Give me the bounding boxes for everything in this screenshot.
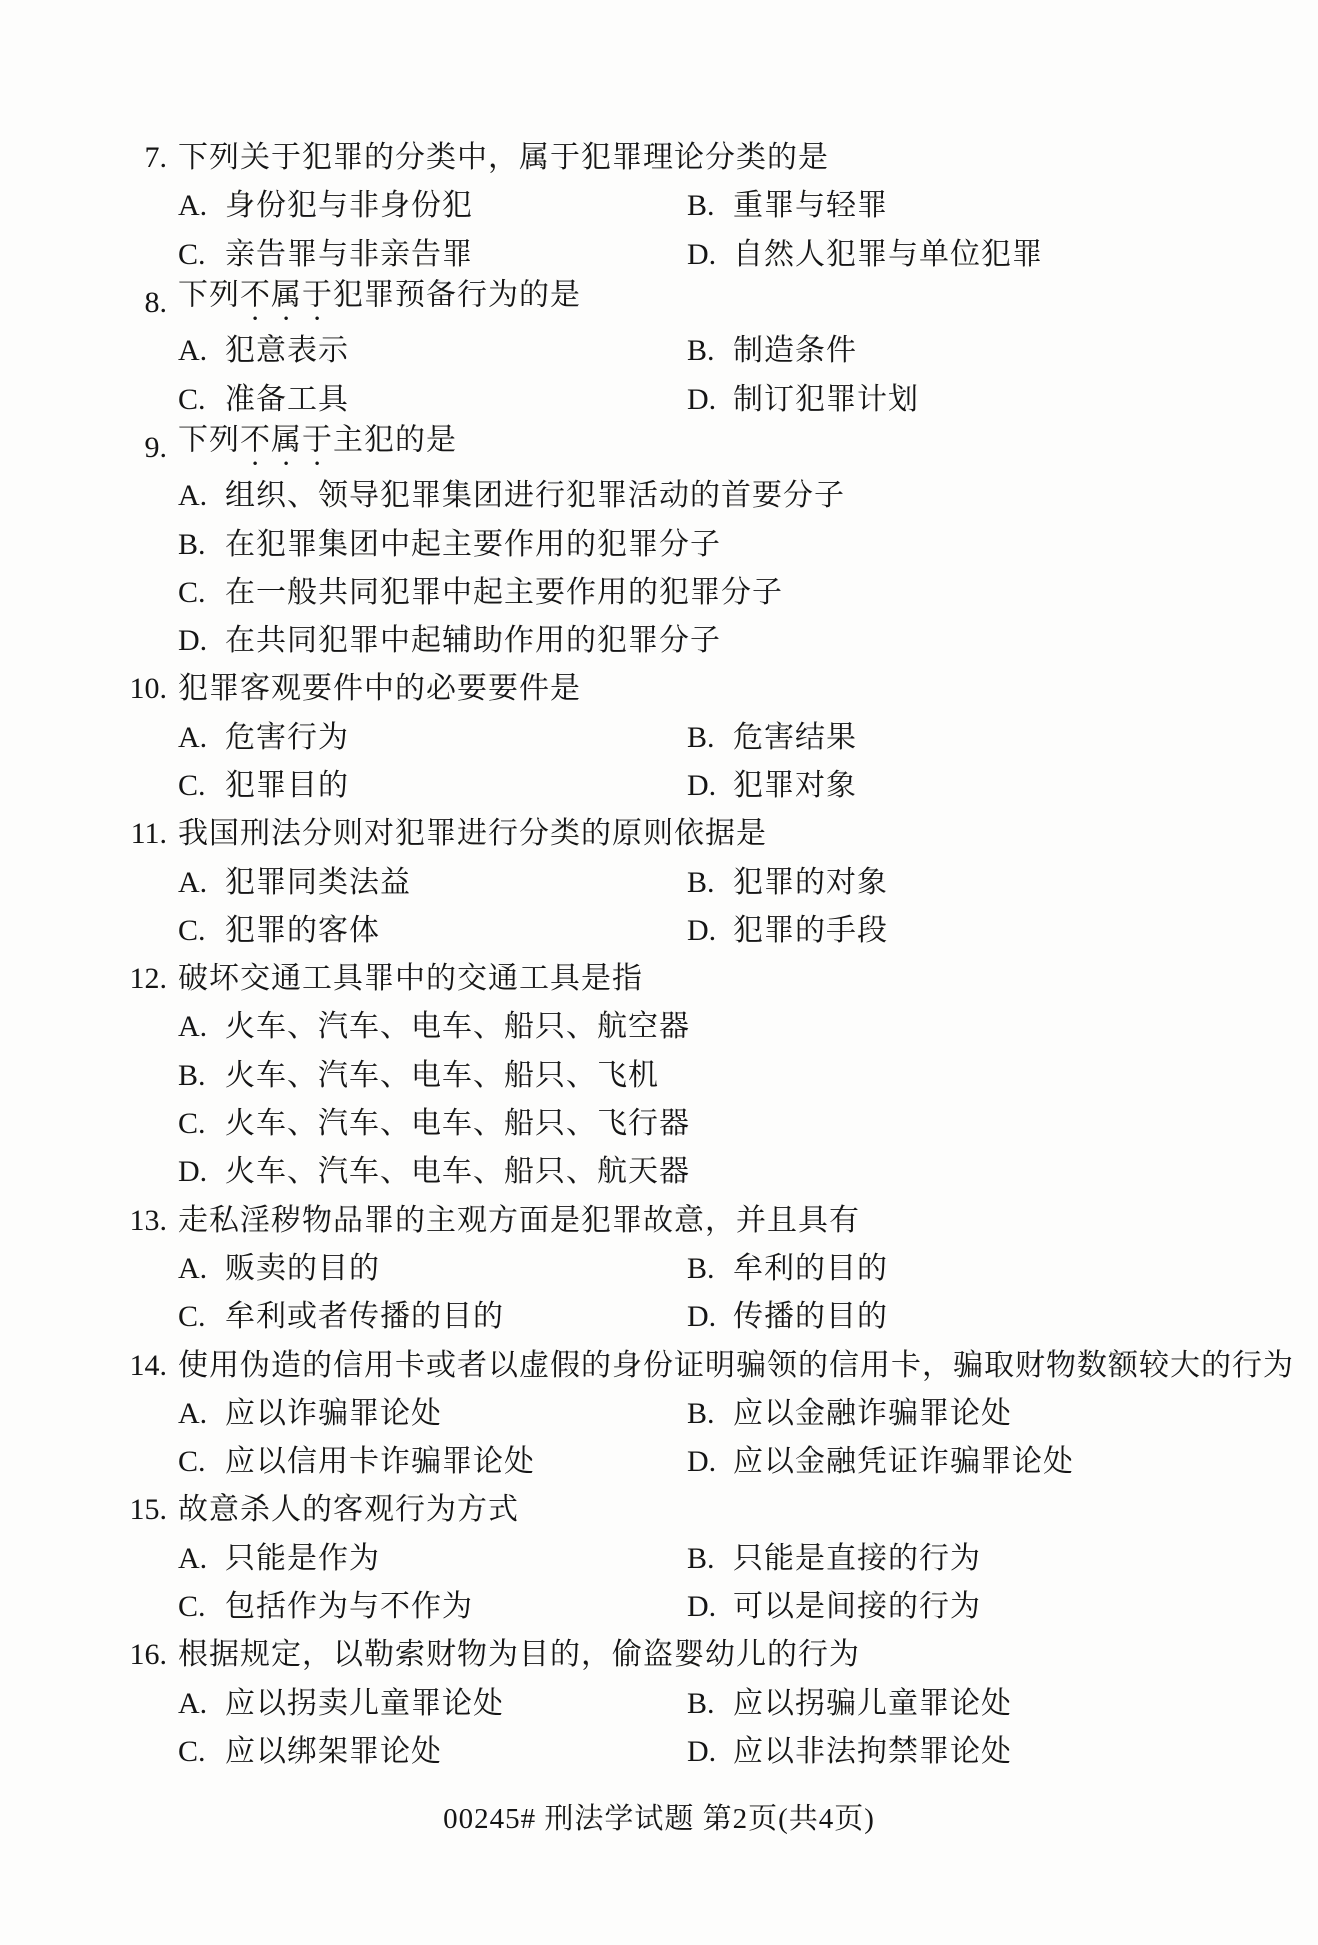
option-text-c: 在一般共同犯罪中起主要作用的犯罪分子: [225, 578, 783, 608]
option-text-d: 制订犯罪计划: [733, 385, 919, 415]
question-stem: 下列关于犯罪的分类中，属于犯罪理论分类的是: [178, 143, 829, 173]
options-row-cd: C. 犯罪目的 D. 犯罪对象: [0, 762, 1318, 810]
question-number: 12.: [97, 964, 167, 994]
question-stem: 下列不属于犯罪预备行为的是: [178, 279, 581, 328]
options-row-ab: A. 应以诈骗罪论处 B. 应以金融诈骗罪论处: [0, 1390, 1318, 1438]
option-text-d: 自然人犯罪与单位犯罪: [733, 240, 1043, 270]
option-text-a: 组织、领导犯罪集团进行犯罪活动的首要分子: [225, 481, 845, 511]
option-text-b: 犯罪的对象: [733, 868, 888, 898]
question-stem-row: 8. 下列不属于犯罪预备行为的是: [0, 279, 1318, 327]
question-number: 11.: [97, 819, 167, 849]
option-label-b: B.: [687, 1689, 715, 1719]
option-text-d: 犯罪的手段: [733, 916, 888, 946]
options-row-ab: A. 应以拐卖儿童罪论处 B. 应以拐骗儿童罪论处: [0, 1680, 1318, 1728]
option-label-c: C.: [178, 916, 206, 946]
option-text-c: 亲告罪与非亲告罪: [225, 240, 473, 270]
option-text-c: 应以绑架罪论处: [225, 1737, 442, 1767]
option-text-c: 牟利或者传播的目的: [225, 1302, 504, 1332]
option-text-a: 贩卖的目的: [225, 1254, 380, 1284]
option-label-b: B.: [687, 1399, 715, 1429]
question-number: 9.: [97, 433, 167, 463]
question-number: 13.: [97, 1206, 167, 1236]
option-text-b: 在犯罪集团中起主要作用的犯罪分子: [225, 530, 721, 560]
options-row-ab: A. 贩卖的目的 B. 牟利的目的: [0, 1245, 1318, 1293]
question-stem: 犯罪客观要件中的必要要件是: [178, 674, 581, 704]
options-row-d: D. 在共同犯罪中起辅助作用的犯罪分子: [0, 617, 1318, 665]
options-row-cd: C. 亲告罪与非亲告罪 D. 自然人犯罪与单位犯罪: [0, 231, 1318, 279]
option-text-b: 应以金融诈骗罪论处: [733, 1399, 1012, 1429]
question-10: 10. 犯罪客观要件中的必要要件是 A. 危害行为 B. 危害结果 C. 犯罪目…: [0, 665, 1318, 810]
exam-page: 7. 下列关于犯罪的分类中，属于犯罪理论分类的是 A. 身份犯与非身份犯 B. …: [0, 0, 1318, 1945]
question-number: 7.: [97, 143, 167, 173]
option-label-c: C.: [178, 578, 206, 608]
question-13: 13. 走私淫秽物品罪的主观方面是犯罪故意，并且具有 A. 贩卖的目的 B. 牟…: [0, 1197, 1318, 1342]
option-label-d: D.: [687, 385, 716, 415]
option-text-b: 重罪与轻罪: [733, 191, 888, 221]
option-label-b: B.: [687, 1254, 715, 1284]
option-text-d: 犯罪对象: [733, 771, 857, 801]
question-8: 8. 下列不属于犯罪预备行为的是 A. 犯意表示 B. 制造条件 C. 准备工具…: [0, 279, 1318, 424]
options-row-cd: C. 准备工具 D. 制订犯罪计划: [0, 375, 1318, 423]
options-row-d: D. 火车、汽车、电车、船只、航天器: [0, 1148, 1318, 1196]
options-row-cd: C. 犯罪的客体 D. 犯罪的手段: [0, 907, 1318, 955]
option-label-d: D.: [687, 1447, 716, 1477]
option-text-d: 在共同犯罪中起辅助作用的犯罪分子: [225, 626, 721, 656]
option-text-c: 火车、汽车、电车、船只、飞行器: [225, 1109, 690, 1139]
options-row-a: A. 组织、领导犯罪集团进行犯罪活动的首要分子: [0, 472, 1318, 520]
question-stem: 下列不属于主犯的是: [178, 423, 457, 472]
option-text-c: 应以信用卡诈骗罪论处: [225, 1447, 535, 1477]
options-row-ab: A. 危害行为 B. 危害结果: [0, 714, 1318, 762]
options-row-ab: A. 犯罪同类法益 B. 犯罪的对象: [0, 858, 1318, 906]
stem-pre: 下列: [178, 279, 240, 312]
option-label-a: A.: [178, 191, 207, 221]
option-label-a: A.: [178, 336, 207, 366]
options-row-c: C. 火车、汽车、电车、船只、飞行器: [0, 1100, 1318, 1148]
question-9: 9. 下列不属于主犯的是 A. 组织、领导犯罪集团进行犯罪活动的首要分子 B. …: [0, 424, 1318, 665]
option-label-b: B.: [687, 1544, 715, 1574]
option-text-b: 只能是直接的行为: [733, 1544, 981, 1574]
question-16: 16. 根据规定，以勒索财物为目的，偷盗婴幼儿的行为 A. 应以拐卖儿童罪论处 …: [0, 1631, 1318, 1776]
option-text-c: 包括作为与不作为: [225, 1592, 473, 1622]
question-stem: 故意杀人的客观行为方式: [178, 1495, 519, 1525]
option-text-c: 犯罪目的: [225, 771, 349, 801]
option-label-c: C.: [178, 1447, 206, 1477]
option-text-b: 应以拐骗儿童罪论处: [733, 1689, 1012, 1719]
option-label-d: D.: [687, 1737, 716, 1767]
option-text-a: 火车、汽车、电车、船只、航空器: [225, 1012, 690, 1042]
option-text-b: 制造条件: [733, 336, 857, 366]
option-text-d: 可以是间接的行为: [733, 1592, 981, 1622]
options-row-cd: C. 包括作为与不作为 D. 可以是间接的行为: [0, 1583, 1318, 1631]
question-number: 15.: [97, 1495, 167, 1525]
option-label-d: D.: [178, 626, 207, 656]
option-label-b: B.: [178, 530, 206, 560]
question-stem-row: 11. 我国刑法分则对犯罪进行分类的原则依据是: [0, 810, 1318, 858]
options-row-b: B. 在犯罪集团中起主要作用的犯罪分子: [0, 520, 1318, 568]
options-row-ab: A. 只能是作为 B. 只能是直接的行为: [0, 1535, 1318, 1583]
option-label-c: C.: [178, 1109, 206, 1139]
option-text-d: 应以金融凭证诈骗罪论处: [733, 1447, 1074, 1477]
question-stem-row: 12. 破坏交通工具罪中的交通工具是指: [0, 955, 1318, 1003]
option-text-a: 犯意表示: [225, 336, 349, 366]
option-label-c: C.: [178, 240, 206, 270]
option-label-d: D.: [687, 240, 716, 270]
options-row-ab: A. 犯意表示 B. 制造条件: [0, 327, 1318, 375]
question-stem-row: 7. 下列关于犯罪的分类中，属于犯罪理论分类的是: [0, 134, 1318, 182]
stem-emphasized: 不属于: [240, 279, 333, 312]
option-label-c: C.: [178, 1302, 206, 1332]
question-number: 16.: [97, 1640, 167, 1670]
stem-emphasized: 不属于: [240, 423, 333, 456]
options-row-cd: C. 应以绑架罪论处 D. 应以非法拘禁罪论处: [0, 1728, 1318, 1776]
option-label-b: B.: [687, 723, 715, 753]
question-stem-row: 10. 犯罪客观要件中的必要要件是: [0, 665, 1318, 713]
options-row-cd: C. 应以信用卡诈骗罪论处 D. 应以金融凭证诈骗罪论处: [0, 1438, 1318, 1486]
option-label-c: C.: [178, 1592, 206, 1622]
option-text-b: 牟利的目的: [733, 1254, 888, 1284]
option-label-d: D.: [687, 1302, 716, 1332]
question-11: 11. 我国刑法分则对犯罪进行分类的原则依据是 A. 犯罪同类法益 B. 犯罪的…: [0, 810, 1318, 955]
options-row-a: A. 火车、汽车、电车、船只、航空器: [0, 1003, 1318, 1051]
option-text-c: 犯罪的客体: [225, 916, 380, 946]
option-label-b: B.: [687, 191, 715, 221]
stem-pre: 下列: [178, 423, 240, 456]
options-row-cd: C. 牟利或者传播的目的 D. 传播的目的: [0, 1293, 1318, 1341]
option-text-b: 火车、汽车、电车、船只、飞机: [225, 1061, 659, 1091]
question-stem: 我国刑法分则对犯罪进行分类的原则依据是: [178, 819, 767, 849]
stem-post: 犯罪预备行为的是: [333, 279, 581, 312]
option-label-a: A.: [178, 1254, 207, 1284]
option-label-a: A.: [178, 723, 207, 753]
question-stem-row: 13. 走私淫秽物品罪的主观方面是犯罪故意，并且具有: [0, 1197, 1318, 1245]
options-row-c: C. 在一般共同犯罪中起主要作用的犯罪分子: [0, 569, 1318, 617]
option-text-c: 准备工具: [225, 385, 349, 415]
question-stem-row: 14. 使用伪造的信用卡或者以虚假的身份证明骗领的信用卡，骗取财物数额较大的行为: [0, 1341, 1318, 1389]
option-label-d: D.: [687, 916, 716, 946]
option-label-a: A.: [178, 1689, 207, 1719]
option-text-a: 应以诈骗罪论处: [225, 1399, 442, 1429]
option-text-b: 危害结果: [733, 723, 857, 753]
option-text-a: 只能是作为: [225, 1544, 380, 1574]
option-label-b: B.: [178, 1061, 206, 1091]
option-label-d: D.: [687, 1592, 716, 1622]
question-stem: 走私淫秽物品罪的主观方面是犯罪故意，并且具有: [178, 1206, 860, 1236]
option-text-d: 传播的目的: [733, 1302, 888, 1332]
question-stem-row: 16. 根据规定，以勒索财物为目的，偷盗婴幼儿的行为: [0, 1631, 1318, 1679]
page-footer: 00245# 刑法学试题 第2页(共4页): [0, 1796, 1318, 1844]
question-number: 8.: [97, 288, 167, 318]
option-label-a: A.: [178, 1012, 207, 1042]
option-label-a: A.: [178, 1544, 207, 1574]
question-number: 10.: [97, 674, 167, 704]
option-text-a: 危害行为: [225, 723, 349, 753]
question-14: 14. 使用伪造的信用卡或者以虚假的身份证明骗领的信用卡，骗取财物数额较大的行为…: [0, 1341, 1318, 1486]
option-label-c: C.: [178, 385, 206, 415]
question-7: 7. 下列关于犯罪的分类中，属于犯罪理论分类的是 A. 身份犯与非身份犯 B. …: [0, 134, 1318, 279]
question-stem: 破坏交通工具罪中的交通工具是指: [178, 964, 643, 994]
option-text-a: 犯罪同类法益: [225, 868, 411, 898]
option-text-d: 应以非法拘禁罪论处: [733, 1737, 1012, 1767]
option-label-a: A.: [178, 868, 207, 898]
questions-list: 7. 下列关于犯罪的分类中，属于犯罪理论分类的是 A. 身份犯与非身份犯 B. …: [0, 0, 1318, 1776]
question-stem: 使用伪造的信用卡或者以虚假的身份证明骗领的信用卡，骗取财物数额较大的行为: [178, 1351, 1294, 1381]
option-label-b: B.: [687, 868, 715, 898]
question-12: 12. 破坏交通工具罪中的交通工具是指 A. 火车、汽车、电车、船只、航空器 B…: [0, 955, 1318, 1196]
option-label-a: A.: [178, 481, 207, 511]
footer-text: 00245# 刑法学试题 第2页(共4页): [443, 1803, 875, 1835]
option-label-c: C.: [178, 771, 206, 801]
options-row-b: B. 火车、汽车、电车、船只、飞机: [0, 1052, 1318, 1100]
question-15: 15. 故意杀人的客观行为方式 A. 只能是作为 B. 只能是直接的行为 C. …: [0, 1486, 1318, 1631]
option-label-d: D.: [687, 771, 716, 801]
question-stem-row: 15. 故意杀人的客观行为方式: [0, 1486, 1318, 1534]
option-label-c: C.: [178, 1737, 206, 1767]
option-label-a: A.: [178, 1399, 207, 1429]
stem-post: 主犯的是: [333, 423, 457, 456]
option-label-d: D.: [178, 1157, 207, 1187]
option-text-a: 应以拐卖儿童罪论处: [225, 1689, 504, 1719]
question-number: 14.: [97, 1351, 167, 1381]
question-stem: 根据规定，以勒索财物为目的，偷盗婴幼儿的行为: [178, 1640, 860, 1670]
option-label-b: B.: [687, 336, 715, 366]
option-text-a: 身份犯与非身份犯: [225, 191, 473, 221]
option-text-d: 火车、汽车、电车、船只、航天器: [225, 1157, 690, 1187]
question-stem-row: 9. 下列不属于主犯的是: [0, 424, 1318, 472]
options-row-ab: A. 身份犯与非身份犯 B. 重罪与轻罪: [0, 182, 1318, 230]
